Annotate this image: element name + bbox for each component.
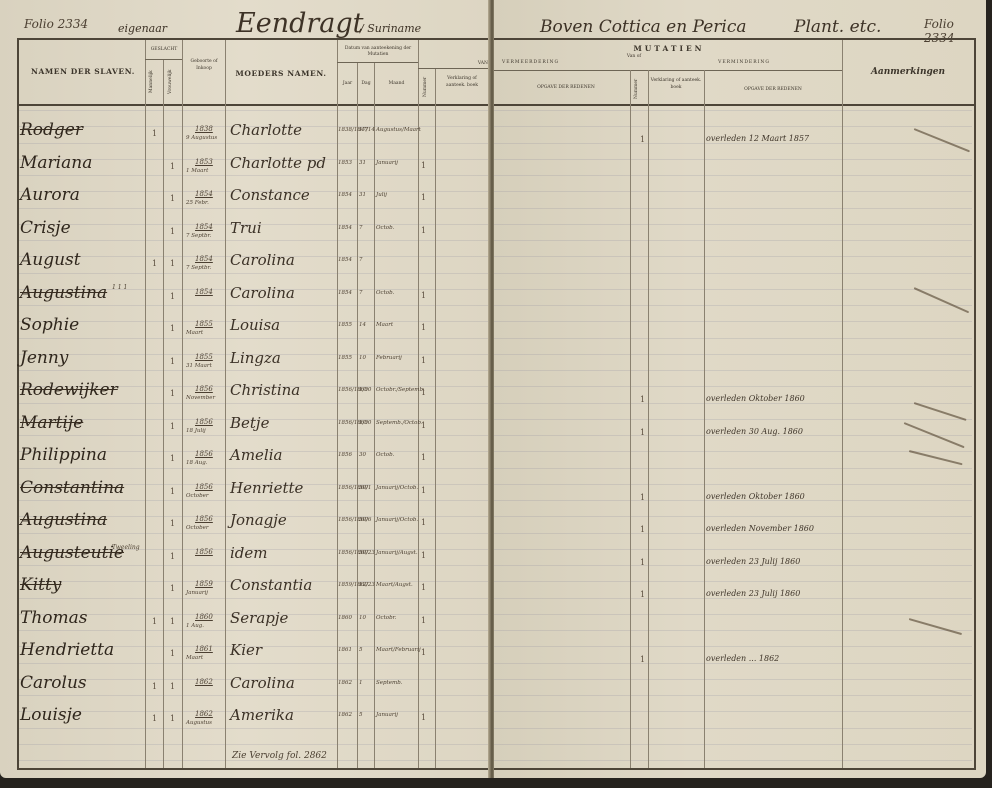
male-count: 1 [152, 683, 157, 691]
mother-name: Constantia [230, 578, 312, 593]
male-count: 1 [152, 260, 157, 268]
mutation-mark: 1 [421, 617, 426, 625]
birth-year: 1862 [195, 711, 213, 718]
owner-hand: eigenaar [118, 22, 167, 35]
female-count: 1 [170, 488, 175, 496]
decrease-mark: 1 [640, 656, 645, 664]
register-year: 1855 [338, 356, 352, 362]
left-table-frame [17, 38, 490, 770]
mutation-mark: 1 [421, 389, 426, 397]
register-year: 1854 [338, 193, 352, 199]
register-year: 1854 [338, 291, 352, 297]
header-remarks: Aanmerkingen [844, 68, 972, 77]
mutation-mark: 1 [421, 584, 426, 592]
register-day: 5 [359, 713, 363, 719]
left-folio-number: Folio 2334 [24, 17, 88, 31]
birth-day: October [186, 494, 209, 500]
birth-day: 1 Maart [186, 169, 208, 175]
register-year: 1854 [338, 226, 352, 232]
birth-year: 1854 [195, 224, 213, 231]
male-count: 1 [152, 715, 157, 723]
slave-name: Sophie [20, 317, 79, 334]
register-month: Januarij/Augst. [376, 551, 418, 557]
female-count: 1 [170, 358, 175, 366]
birth-day: 1 Aug. [186, 624, 204, 630]
register-day: 14 [359, 323, 366, 329]
birth-year: 1856 [195, 549, 213, 556]
header-decrease: VERMINDERING [694, 61, 794, 66]
mother-name: Betje [230, 416, 269, 431]
female-count: 1 [170, 455, 175, 463]
birth-year: 1855 [195, 354, 213, 361]
female-count: 1 [170, 163, 175, 171]
female-count: 1 [170, 618, 175, 626]
birth-year: 1856 [195, 516, 213, 523]
mutation-mark: 1 [421, 454, 426, 462]
header-sex: GESLACHT [146, 48, 182, 53]
birth-day: 18 Aug. [186, 461, 208, 467]
decrease-mark: 1 [640, 494, 645, 502]
mutation-mark: 1 [421, 422, 426, 430]
ledger-book: Folio 2334 eigenaar Eendragt / Suriname … [0, 0, 992, 788]
division-hand: Plant. etc. [794, 17, 881, 37]
district-hand: Boven Cottica en Perica [540, 17, 747, 37]
header-increase-cause: OPGAVE DER REDENEN [504, 86, 628, 91]
decrease-mark: 1 [640, 526, 645, 534]
mother-name: Amerika [230, 708, 294, 723]
decrease-reason: overleden 23 Julij 1860 [706, 590, 800, 598]
mother-name: Carolina [230, 253, 295, 268]
female-count: 1 [170, 423, 175, 431]
slave-name: Kitty [20, 577, 61, 594]
header-van-of: Van of [619, 55, 649, 60]
register-year: 1862 [338, 681, 352, 687]
register-day: 12/23 [359, 583, 375, 589]
decrease-reason: overleden 23 Julij 1860 [706, 558, 800, 566]
register-day: 1/30 [359, 421, 371, 427]
birth-day: 9 Augustus [186, 136, 217, 142]
slave-name: Augustina [20, 512, 107, 529]
register-month: Octob. [376, 291, 394, 297]
register-year: 1856 [338, 453, 352, 459]
mother-name: Christina [230, 383, 300, 398]
birth-year: 1854 [195, 289, 213, 296]
mother-name: idem [230, 546, 268, 561]
slave-name: Louisje [20, 707, 82, 724]
footer-note: Zie Vervolg fol. 2862 [232, 752, 327, 761]
birth-year: 1856 [195, 484, 213, 491]
decrease-mark: 1 [640, 136, 645, 144]
decrease-reason: overleden 12 Maart 1857 [706, 135, 809, 143]
slave-name: Philippina [20, 447, 107, 464]
slave-name: Rodger [20, 122, 83, 139]
register-day: 31 [359, 161, 366, 167]
plantation-suffix: / Suriname [360, 22, 421, 35]
birth-day: 25 Febr. [186, 201, 209, 207]
register-year: 1860 [338, 616, 352, 622]
mutation-mark: 1 [421, 227, 426, 235]
header-number: Nummer [424, 72, 429, 102]
register-month: Januarij [376, 713, 398, 719]
header-day: Dag [358, 82, 374, 87]
header-right-notation: Verklaring of aanteek. boek [650, 78, 702, 92]
register-year: 1854 [338, 258, 352, 264]
mutation-mark: 1 [421, 324, 426, 332]
mutation-mark: 1 [421, 552, 426, 560]
mother-name: Carolina [230, 676, 295, 691]
birth-day: 31 Maart [186, 364, 212, 370]
register-month: Februarij [376, 356, 402, 362]
birth-day: Januarij [186, 591, 208, 597]
slave-name: Augustina [20, 285, 107, 302]
female-count: 1 [170, 390, 175, 398]
header-mothers: MOEDERS NAMEN. [228, 70, 334, 78]
header-female: Vrouwelijk [169, 63, 174, 101]
register-month: Octob. [376, 226, 394, 232]
slave-name: Jenny [20, 350, 68, 367]
register-day: 7 [359, 291, 363, 297]
mother-name: Constance [230, 188, 310, 203]
register-month: Octobr./Septemb. [376, 388, 425, 394]
male-count: 1 [152, 130, 157, 138]
register-day: 30/23 [359, 551, 375, 557]
header-month: Maand [375, 82, 418, 87]
register-day: 10 [359, 616, 366, 622]
slave-name: August [20, 252, 81, 269]
register-day: 30/1 [359, 486, 371, 492]
header-male: Mannelijk [150, 63, 155, 101]
female-count: 1 [170, 325, 175, 333]
margin-note: Tweeling [112, 545, 140, 551]
header-mutations: MUTATIEN [574, 45, 764, 53]
register-day: 1/30 [359, 388, 371, 394]
birth-day: 18 Julij [186, 429, 206, 435]
slave-name: Aurora [20, 187, 80, 204]
slave-name: Rodewijker [20, 382, 118, 399]
mother-name: Jonagje [230, 513, 287, 528]
register-month: Octob. [376, 453, 394, 459]
slave-name: Thomas [20, 610, 88, 627]
register-year: 1862 [338, 713, 352, 719]
left-page: Folio 2334 eigenaar Eendragt / Suriname … [0, 0, 490, 778]
birth-year: 1855 [195, 321, 213, 328]
birth-year: 1856 [195, 419, 213, 426]
register-month: Augustus/Maart [376, 128, 421, 134]
register-day: 30/6 [359, 518, 371, 524]
decrease-reason: overleden 30 Aug. 1860 [706, 428, 803, 436]
decrease-reason: overleden November 1860 [706, 525, 814, 533]
birth-day: 7 Septbr. [186, 266, 211, 272]
register-day: 1 [359, 681, 363, 687]
female-count: 1 [170, 553, 175, 561]
right-page: Boven Cottica en Perica Plant. etc. Foli… [494, 0, 986, 778]
register-day: 7 [359, 258, 363, 264]
header-mutation-van: VAN [440, 62, 488, 67]
birth-year: 1856 [195, 386, 213, 393]
slave-name: Augusteutie [20, 545, 124, 562]
mother-name: Trui [230, 221, 262, 236]
female-count: 1 [170, 650, 175, 658]
birth-year: 1854 [195, 256, 213, 263]
slave-name: Constantina [20, 480, 124, 497]
birth-day: Maart [186, 331, 203, 337]
mother-name: Lingza [230, 351, 281, 366]
header-notation: Verklaring of aanteek. boek [437, 76, 487, 90]
female-count: 1 [170, 520, 175, 528]
register-day: 5 [359, 648, 363, 654]
female-count: 1 [170, 260, 175, 268]
header-right-number: Nummer [635, 74, 640, 104]
female-count: 1 [170, 195, 175, 203]
register-year: 1855 [338, 323, 352, 329]
birth-year: 1860 [195, 614, 213, 621]
header-names: NAMEN DER SLAVEN. [24, 68, 142, 76]
register-month: Januarij/Octob. [376, 518, 418, 524]
register-year: 1853 [338, 161, 352, 167]
register-month: Maart/Februarij [376, 648, 421, 654]
register-day: 10 [359, 356, 366, 362]
mutation-mark: 1 [421, 519, 426, 527]
register-day: 31 [359, 193, 366, 199]
decrease-reason: overleden ... 1862 [706, 655, 779, 663]
mother-name: Kier [230, 643, 262, 658]
birth-day: Augustus [186, 721, 212, 727]
register-month: Septemb./Octob. [376, 421, 423, 427]
decrease-reason: overleden Oktober 1860 [706, 395, 805, 403]
register-day: 30 [359, 453, 366, 459]
decrease-mark: 1 [640, 429, 645, 437]
plantation-name: Eendragt [236, 8, 364, 39]
mutation-mark: 1 [421, 487, 426, 495]
mutation-mark: 1 [421, 292, 426, 300]
register-year: 1861 [338, 648, 352, 654]
register-day: 17/14 [359, 128, 375, 134]
decrease-mark: 1 [640, 559, 645, 567]
decrease-mark: 1 [640, 591, 645, 599]
slave-name: Mariana [20, 155, 92, 172]
header-birth: Geboorte of Inkoop [185, 58, 223, 72]
header-increase: VERMEERDERING [502, 61, 572, 66]
header-decrease-cause: OPGAVE DER REDENEN [706, 88, 840, 93]
mutation-mark: 1 [421, 649, 426, 657]
register-month: Januarij/Octob. [376, 486, 418, 492]
mother-name: Henriette [230, 481, 303, 496]
register-month: Maart/Augst. [376, 583, 413, 589]
mutation-mark: 1 [421, 194, 426, 202]
header-year: Jaar [338, 82, 357, 87]
birth-year: 1859 [195, 581, 213, 588]
mutation-mark: 1 [421, 714, 426, 722]
mother-name: Charlotte [230, 123, 302, 138]
register-month: Octobr. [376, 616, 396, 622]
mother-name: Serapje [230, 611, 288, 626]
mother-name: Amelia [230, 448, 282, 463]
birth-year: 1856 [195, 451, 213, 458]
birth-year: 1853 [195, 159, 213, 166]
register-month: Julij [376, 193, 387, 199]
female-count: 1 [170, 585, 175, 593]
female-count: 1 [170, 293, 175, 301]
decrease-reason: overleden Oktober 1860 [706, 493, 805, 501]
slave-name: Hendrietta [20, 642, 114, 659]
slave-name: Carolus [20, 675, 87, 692]
slave-name: Martije [20, 415, 83, 432]
mother-name: Louisa [230, 318, 280, 333]
birth-year: 1862 [195, 679, 213, 686]
register-day: 7 [359, 226, 363, 232]
slave-name: Crisje [20, 220, 71, 237]
register-month: Septemb. [376, 681, 403, 687]
register-month: Januarij [376, 161, 398, 167]
header-register-date: Datum van aanteekening der Mutatien [339, 46, 417, 58]
birth-year: 1838 [195, 126, 213, 133]
birth-day: November [186, 396, 215, 402]
margin-note: 1 1 1 [112, 285, 127, 291]
female-count: 1 [170, 715, 175, 723]
female-count: 1 [170, 683, 175, 691]
mother-name: Carolina [230, 286, 295, 301]
birth-day: Maart [186, 656, 203, 662]
birth-day: 7 Septbr. [186, 234, 211, 240]
birth-year: 1854 [195, 191, 213, 198]
birth-year: 1861 [195, 646, 213, 653]
birth-day: October [186, 526, 209, 532]
mother-name: Charlotte pd [230, 156, 326, 171]
mutation-mark: 1 [421, 357, 426, 365]
female-count: 1 [170, 228, 175, 236]
mutation-mark: 1 [421, 162, 426, 170]
decrease-mark: 1 [640, 396, 645, 404]
male-count: 1 [152, 618, 157, 626]
register-month: Maart [376, 323, 393, 329]
